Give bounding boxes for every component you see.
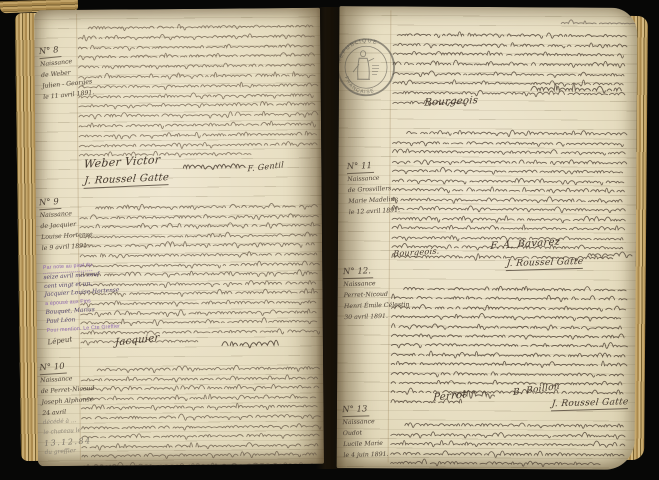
handwritten-paragraph: [78, 15, 313, 154]
republique-francaise-round-stamp-icon: RÉPUBLIQUE FRANÇAISE: [337, 34, 400, 100]
register-left-page: Weber VictorF. GentilJ. Roussel GatteJac…: [34, 8, 324, 466]
handwriting-line: [82, 453, 316, 465]
signature-flourish: [531, 77, 619, 98]
margin-entry: N° 10Naissancede Perret-NicoudJoseph Alp…: [39, 359, 99, 459]
signature: Bourgeois: [424, 95, 479, 109]
signature-flourish: [561, 11, 631, 30]
signature: J. Roussel Gatte: [551, 397, 629, 411]
scanned-register-photo: Weber VictorF. GentilJ. Roussel GatteJac…: [0, 0, 659, 480]
margin-entry-line: 30 avril 1891.: [344, 310, 410, 323]
register-right-page: RÉPUBLIQUE FRANÇAISE BourgeoisBourgeois.…: [337, 6, 638, 470]
margin-entry-line: le 12 avril 1891.: [349, 205, 401, 218]
signature: F. Gentil: [247, 160, 284, 173]
entry-number: N° 12.: [343, 266, 373, 279]
svg-text:FRANÇAISE: FRANÇAISE: [343, 76, 376, 96]
handwritten-paragraph: [392, 121, 623, 255]
entry-number: N° 13: [342, 404, 370, 417]
margin-entry-line: N° 13: [342, 403, 387, 417]
handwriting-line: [391, 452, 621, 463]
handwriting-line: [79, 142, 313, 154]
margin-entry: N° 12.NaissancePerret-NicoudHenri Émile …: [343, 264, 410, 323]
margin-entry: N° 8Naissancede WeberJulien - Georgesle …: [38, 41, 94, 103]
margin-entry: N° 11Naissancede GrosvillersMarie Madeli…: [346, 159, 400, 218]
signature: J. Roussel Gatte: [506, 257, 584, 271]
margin-entry: N° 9Naissancede JacquierLouise Hortensel…: [39, 193, 123, 346]
handwritten-paragraph: [391, 277, 622, 400]
margin-entry: N° 13NaissanceOudotLucile Mariele 4 juin…: [342, 403, 389, 461]
handwritten-paragraph: [81, 357, 316, 465]
signature-flourish: [588, 244, 630, 263]
signature: J. Roussel Gatte: [84, 172, 170, 189]
signature-flourish: [222, 333, 277, 352]
left-page-content: Weber VictorF. GentilJ. Roussel GatteJac…: [34, 8, 324, 466]
signature-flourish: [183, 155, 241, 175]
svg-text:RÉPUBLIQUE: RÉPUBLIQUE: [337, 38, 379, 64]
handwritten-paragraph: [391, 413, 621, 462]
margin-entry-line: le 4 juin 1891.: [343, 449, 388, 461]
